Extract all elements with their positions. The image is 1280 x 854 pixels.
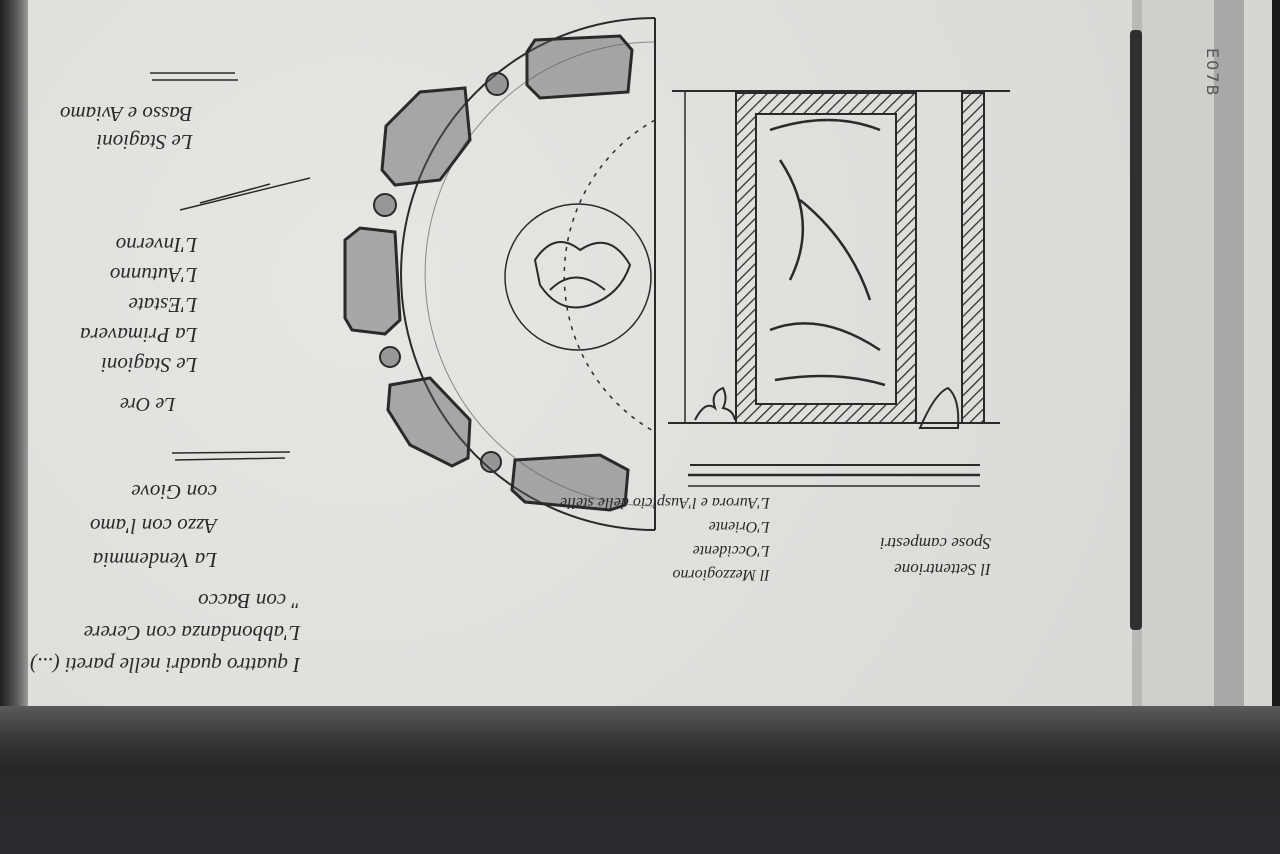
wall-elevation-sketch xyxy=(668,91,1010,486)
annotation-block-2: Le Stagioni La Primavera L'Estate L'Autu… xyxy=(80,230,197,380)
annotation-block-1: Le Stagioni Basso e Aviamo xyxy=(60,100,193,156)
annotation-block-6: Il Mezzogiorno L'Occidente L'Oriente L'A… xyxy=(560,490,770,586)
ceiling-plan-sketch xyxy=(345,18,655,530)
annotation-block-5: I quattro quadri nelle pareti (...) L'ab… xyxy=(30,585,300,681)
annotation-block-7: Il Settentrione Spose campestri xyxy=(880,530,991,582)
annotation-block-3: Le Ore xyxy=(120,390,175,418)
annotation-block-4: La Vendemmia Azzo con l'amo con Giove xyxy=(90,475,217,577)
